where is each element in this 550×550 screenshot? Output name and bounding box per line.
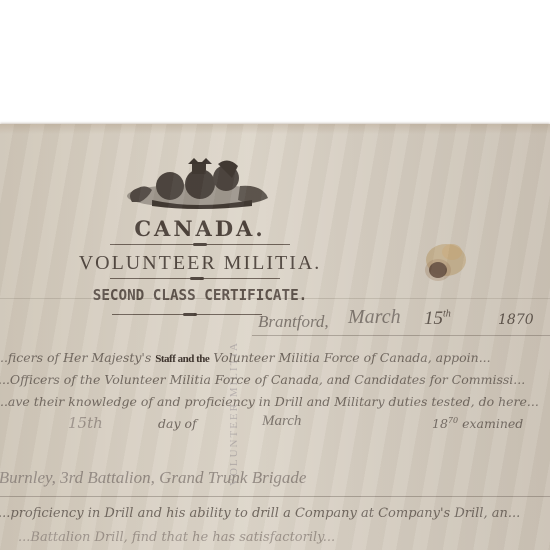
- examined-label: examined: [462, 416, 523, 431]
- unit-line: ...Burnley, 3rd Battalion, Grand Trunk B…: [0, 468, 306, 488]
- month-value: March: [348, 306, 401, 328]
- vertical-stamp: VOLUNTEER MILITIA: [228, 304, 244, 524]
- divider-ornament: [193, 243, 207, 246]
- body-line-1-suffix: Volunteer Militia Force of Canada, appoi…: [213, 350, 490, 365]
- partial-bottom-line: ...Battalion Drill, find that he has sat…: [18, 530, 335, 545]
- proficiency-line: ...proficiency in Drill and his ability …: [0, 506, 520, 521]
- day-suffix: th: [443, 309, 451, 320]
- certificate-paper: CANADA. VOLUNTEER MILITIA. SECOND CLASS …: [0, 124, 550, 550]
- certificate-class-title: SECOND CLASS CERTIFICATE.: [10, 286, 390, 304]
- year-field: 1870: [498, 312, 534, 328]
- day-value: 15: [424, 308, 443, 329]
- document-photo: CANADA. VOLUNTEER MILITIA. SECOND CLASS …: [0, 0, 550, 550]
- unit-underline: [0, 496, 550, 497]
- examined-year-suffix: 70: [448, 416, 458, 425]
- organization-title: VOLUNTEER MILITIA.: [0, 252, 400, 275]
- year-value: 1870: [498, 312, 534, 328]
- struck-text: Staff and the: [155, 353, 209, 365]
- country-title: CANADA.: [0, 216, 400, 241]
- examined-day: 15th: [68, 414, 103, 432]
- day-field: 15th: [424, 308, 451, 330]
- divider-ornament: [190, 277, 204, 280]
- place-field: Brantford,: [258, 312, 329, 332]
- place-value: Brantford,: [258, 312, 329, 331]
- ink-stain: [418, 240, 468, 286]
- divider-ornament: [183, 313, 197, 316]
- examined-month: March: [262, 413, 301, 430]
- month-field: March: [348, 306, 401, 329]
- examined-day-label: day of: [158, 416, 197, 431]
- coat-of-arms-icon: [122, 156, 272, 212]
- body-line-1: ...ficers of Her Majesty's Staff and the…: [0, 350, 491, 365]
- body-line-3: ...ave their knowledge of and proficienc…: [0, 394, 539, 409]
- date-underline: [252, 335, 550, 336]
- body-line-2: ...Officers of the Volunteer Militia For…: [0, 372, 525, 387]
- body-line-1-prefix: ...ficers of Her Majesty's: [0, 350, 151, 365]
- examined-year: 1870 examined: [432, 416, 523, 431]
- examined-year-prefix: 18: [432, 416, 448, 431]
